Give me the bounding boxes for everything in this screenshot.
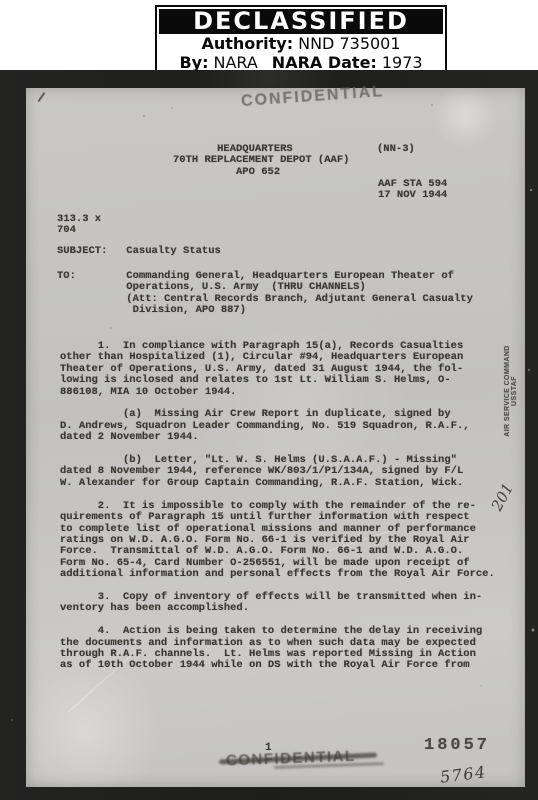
authority-value: NND 735001 (298, 34, 400, 53)
file-number: 313.3 x 704 (57, 214, 101, 237)
letterhead-ref: (NN-3) (377, 144, 415, 155)
declassified-stamp: DECLASSIFIED Authority:NND 735001 By:NAR… (155, 5, 447, 77)
scan-artifact-slash (38, 92, 46, 102)
authority-line: Authority:NND 735001 (159, 34, 443, 53)
declassified-banner: DECLASSIFIED (159, 9, 443, 34)
letter-body: 1. In compliance with Paragraph 15(a), R… (60, 341, 495, 672)
air-service-command-stamp: AIR SERVICE COMMAND USSTAF (504, 332, 514, 450)
handwritten-5764: 5764 (439, 762, 488, 787)
scan-frame: CONFIDENTIAL HEADQUARTERS 70TH REPLACEME… (0, 70, 538, 800)
confidential-stamp-top: CONFIDENTIAL (241, 83, 385, 111)
document-page: DECLASSIFIED Authority:NND 735001 By:NAR… (0, 0, 538, 800)
to-block: TO: Commanding General, Headquarters Eur… (57, 271, 473, 317)
paper: CONFIDENTIAL HEADQUARTERS 70TH REPLACEME… (26, 88, 525, 787)
authority-label: Authority: (201, 34, 293, 53)
letterhead: HEADQUARTERS 70TH REPLACEMENT DEPOT (AAF… (173, 144, 349, 178)
serial-stamp-18057: 18057 (424, 736, 490, 755)
subject-line: SUBJECT: Casualty Status (57, 246, 221, 257)
station-date-block: AAF STA 594 17 NOV 1944 (378, 179, 447, 202)
